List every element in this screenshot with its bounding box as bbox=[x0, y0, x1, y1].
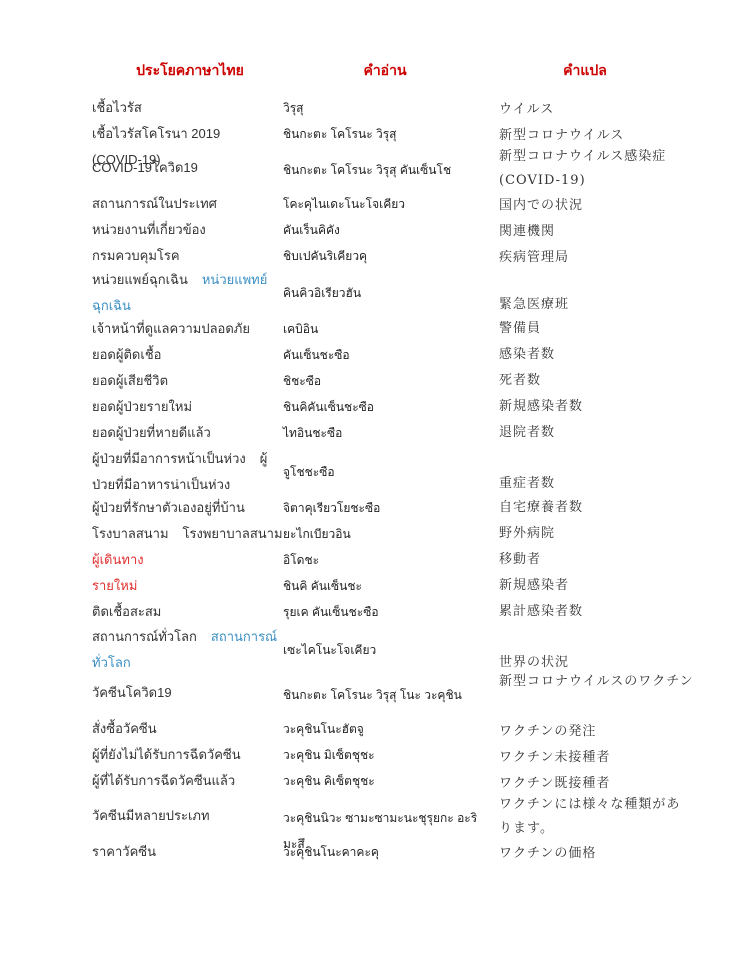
reading-text: คินคิวอิเรียวฮัน bbox=[283, 280, 483, 306]
thai-text: รายใหม่ bbox=[92, 573, 272, 599]
japanese-text: 新規感染者 bbox=[499, 573, 699, 599]
japanese-text: 自宅療養者数 bbox=[499, 495, 699, 521]
thai-text: สั่งซื้อวัคซีน bbox=[92, 716, 272, 742]
thai-alt-text: โรงพยาบาลสนาม bbox=[183, 526, 283, 541]
thai-text: กรมควบคุมโรค bbox=[92, 243, 272, 269]
thai-text: ผู้เดินทาง bbox=[92, 547, 272, 573]
thai-text: สถานการณ์ทั่วโลกสถานการณ์ทั่วโลก bbox=[92, 624, 282, 676]
thai-text: COVID-19โควิด19 bbox=[92, 155, 272, 181]
japanese-text: 新型コロナウイルス感染症(COVID-19) bbox=[499, 145, 699, 193]
reading-text: วะคุชิน คิเซ็ตชุชะ bbox=[283, 768, 483, 794]
thai-text: โรงบาลสนามโรงพยาบาลสนาม bbox=[92, 521, 292, 547]
reading-text: ชินคิ คันเซ็นชะ bbox=[283, 573, 483, 599]
reading-text: ชิบเปคันริเคียวคุ bbox=[283, 243, 483, 269]
japanese-text: 緊急医療班 bbox=[499, 292, 699, 318]
reading-text: ชินกะตะ โคโรนะ วิรุสุ โนะ วะคุชิน bbox=[283, 682, 483, 708]
thai-text: สถานการณ์ในประเทศ bbox=[92, 191, 272, 217]
thai-text: ยอดผู้เสียชีวิต bbox=[92, 368, 272, 394]
japanese-text: 関連機関 bbox=[499, 219, 699, 245]
japanese-text: 退院者数 bbox=[499, 420, 699, 446]
reading-text: ชินคิคันเซ็นชะซือ bbox=[283, 394, 483, 420]
reading-text: เซะไคโนะโจเคียว bbox=[283, 637, 483, 663]
header-translation: คำแปล bbox=[530, 60, 640, 82]
reading-text: คันเซ็นชะซือ bbox=[283, 342, 483, 368]
reading-text: อิโดชะ bbox=[283, 547, 483, 573]
japanese-text: ウイルス bbox=[499, 97, 699, 123]
header-thai: ประโยคภาษาไทย bbox=[110, 60, 270, 82]
thai-text: หน่วยแพย์ฉุกเฉินหน่วยแพทย์ฉุกเฉิน bbox=[92, 267, 282, 319]
thai-text: ยอดผู้ป่วยที่หายดีแล้ว bbox=[92, 420, 272, 446]
japanese-text: 国内での状況 bbox=[499, 193, 699, 219]
reading-text: โคะคุไนเดะโนะโจเคียว bbox=[283, 191, 483, 217]
reading-text: ไทอินชะซือ bbox=[283, 420, 483, 446]
japanese-text: 新型コロナウイルスのワクチン bbox=[499, 670, 694, 694]
reading-text: ชินกะตะ โคโรนะ วิรุสุ คันเซ็นโช bbox=[283, 157, 483, 183]
reading-text: คันเร็นคิคัง bbox=[283, 217, 483, 243]
thai-text: ผู้ป่วยที่มีอาการหน้าเป็นห่วงผู้ป่วยที่ม… bbox=[92, 446, 282, 498]
reading-text: วิรุสุ bbox=[283, 95, 483, 121]
japanese-text: 野外病院 bbox=[499, 521, 699, 547]
japanese-text: 新規感染者数 bbox=[499, 394, 699, 420]
thai-text: ติดเชื้อสะสม bbox=[92, 599, 272, 625]
header-reading: คำอ่าน bbox=[330, 60, 440, 82]
reading-text: จิตาคุเรียวโยชะซือ bbox=[283, 495, 483, 521]
reading-text: วะคุชินโนะคาคะคุ bbox=[283, 839, 483, 865]
japanese-text: 死者数 bbox=[499, 368, 699, 394]
thai-text: ผู้ป่วยที่รักษาตัวเองอยู่ที่บ้าน bbox=[92, 495, 272, 521]
thai-text: หน่วยงานที่เกี่ยวข้อง bbox=[92, 217, 272, 243]
reading-text: เคบิอิน bbox=[283, 316, 483, 342]
japanese-text: 移動者 bbox=[499, 547, 699, 573]
japanese-text: 疾病管理局 bbox=[499, 245, 699, 271]
thai-text: วัคซีนมีหลายประเภท bbox=[92, 803, 272, 829]
thai-text: เจ้าหน้าที่ดูแลความปลอดภัย bbox=[92, 316, 272, 342]
japanese-text: 感染者数 bbox=[499, 342, 699, 368]
reading-text: วะคุชินโนะฮัตจู bbox=[283, 716, 483, 742]
thai-text: ผู้ที่ยังไม่ได้รับการฉีดวัคซีน bbox=[92, 742, 272, 768]
thai-text: วัคซีนโควิด19 bbox=[92, 680, 272, 706]
japanese-text: 警備員 bbox=[499, 316, 699, 342]
thai-text: ยอดผู้ป่วยรายใหม่ bbox=[92, 394, 272, 420]
japanese-text: ワクチンの発注 bbox=[499, 719, 699, 745]
japanese-text: 重症者数 bbox=[499, 471, 699, 497]
japanese-text: 累計感染者数 bbox=[499, 599, 699, 625]
japanese-text: ワクチンには様々な種類があります。 bbox=[499, 793, 694, 841]
reading-text: จูโชชะซือ bbox=[283, 459, 483, 485]
table-header: ประโยคภาษาไทย คำอ่าน คำแปล bbox=[0, 60, 742, 82]
japanese-text: ワクチンの価格 bbox=[499, 841, 699, 867]
reading-text: วะคุชิน มิเซ็ตชุชะ bbox=[283, 742, 483, 768]
reading-text: ชินกะตะ โคโรนะ วิรุสุ bbox=[283, 121, 483, 147]
reading-text: ยะไกเบียวอิน bbox=[283, 521, 483, 547]
thai-text: ราคาวัคซีน bbox=[92, 839, 272, 865]
thai-text: เชื้อไวรัส bbox=[92, 95, 272, 121]
thai-text: ผู้ที่ได้รับการฉีดวัคซีนแล้ว bbox=[92, 768, 272, 794]
thai-text: ยอดผู้ติดเชื้อ bbox=[92, 342, 272, 368]
reading-text: ชิชะซือ bbox=[283, 368, 483, 394]
japanese-text: ワクチン未接種者 bbox=[499, 745, 699, 771]
reading-text: รุยเค คันเซ็นชะซือ bbox=[283, 599, 483, 625]
